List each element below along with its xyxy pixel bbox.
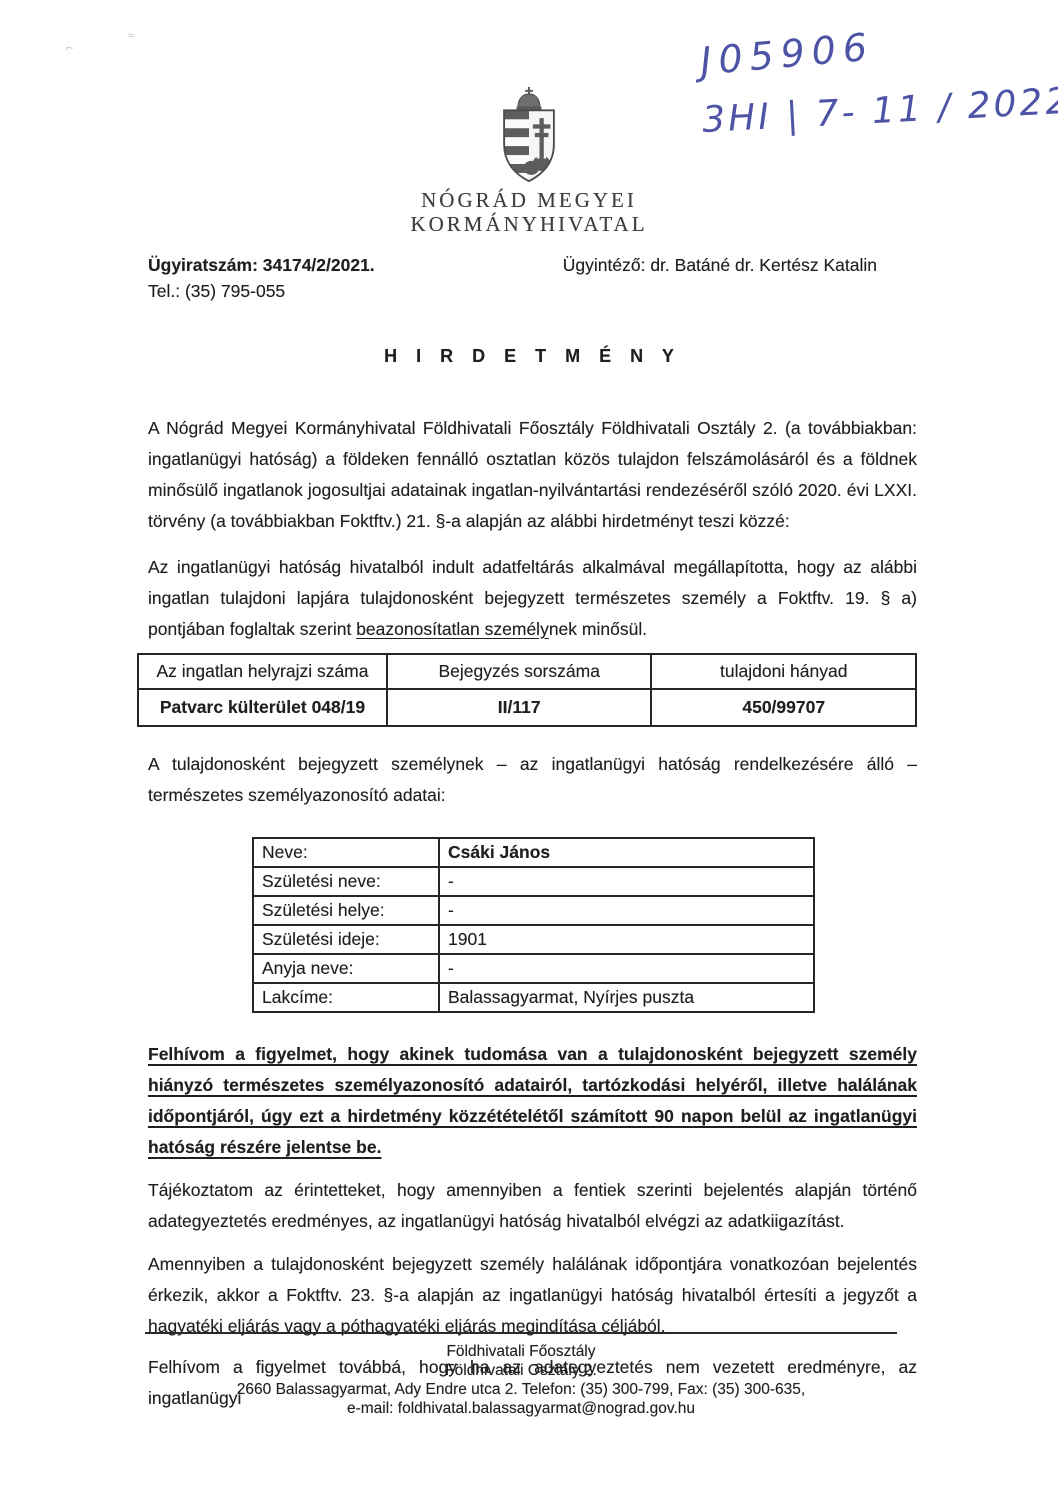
case-number: Ügyiratszám: 34174/2/2021. [148,252,375,278]
finding-text-underlined: beazonosítatlan személy [356,619,549,639]
case-officer: Ügyintéző: dr. Batáné dr. Kertész Katali… [563,252,877,278]
person-address-value: Balassagyarmat, Nyírjes puszta [439,983,814,1012]
case-meta-left: Ügyiratszám: 34174/2/2021. Tel.: (35) 79… [148,252,375,304]
property-table-header-row: Az ingatlan helyrajzi száma Bejegyzés so… [138,654,916,689]
property-parcel-value: Patvarc külterület 048/19 [138,689,387,726]
table-row: Neve: Csáki János [253,838,814,867]
property-share-value: 450/99707 [651,689,916,726]
document-body: Ügyiratszám: 34174/2/2021. Tel.: (35) 79… [148,252,917,1414]
paragraph-finding: Az ingatlanügyi hatóság hivatalból indul… [148,552,917,645]
property-table: Az ingatlan helyrajzi száma Bejegyzés so… [137,653,917,727]
person-birthname-value: - [439,867,814,896]
person-birthplace-label: Születési helye: [253,896,439,925]
property-table-header-parcel: Az ingatlan helyrajzi száma [138,654,387,689]
paragraph-info-result: Tájékoztatom az érintetteket, hogy amenn… [148,1175,917,1237]
finding-text-post: nek minősül. [549,619,647,639]
table-row: Születési helye: - [253,896,814,925]
table-row: Lakcíme: Balassagyarmat, Nyírjes puszta [253,983,814,1012]
page-footer: Földhivatali Főosztály Földhivatali Oszt… [145,1332,897,1418]
person-mothername-label: Anyja neve: [253,954,439,983]
person-data-table: Neve: Csáki János Születési neve: - Szül… [252,837,815,1013]
scanned-document-page: ⌐ ≈ J05906 3HI | 7- 11 / 2022. [0,0,1058,1497]
hungarian-coat-of-arms-icon [494,84,564,188]
person-birthdate-value: 1901 [439,925,814,954]
document-title: H I R D E T M É N Y [148,346,917,367]
paragraph-intro: A Nógrád Megyei Kormányhivatal Földhivat… [148,413,917,537]
person-name-label: Neve: [253,838,439,867]
org-name-line1: NÓGRÁD MEGYEI [0,188,1058,212]
property-table-row: Patvarc külterület 048/19 II/117 450/997… [138,689,916,726]
table-row: Születési neve: - [253,867,814,896]
case-meta-row: Ügyiratszám: 34174/2/2021. Tel.: (35) 79… [148,252,917,304]
footer-divider [145,1332,897,1334]
table-row: Születési ideje: 1901 [253,925,814,954]
person-birthname-label: Születési neve: [253,867,439,896]
table-row: Anyja neve: - [253,954,814,983]
person-address-label: Lakcíme: [253,983,439,1012]
paragraph-info-death: Amennyiben a tulajdonosként bejegyzett s… [148,1249,917,1342]
org-name-line2: KORMÁNYHIVATAL [0,212,1058,236]
person-mothername-value: - [439,954,814,983]
footer-email: e-mail: foldhivatal.balassagyarmat@nogra… [145,1399,897,1418]
person-birthplace-value: - [439,896,814,925]
person-name-value: Csáki János [439,838,814,867]
property-table-header-share: tulajdoni hányad [651,654,916,689]
property-entry-value: II/117 [387,689,652,726]
footer-office: Földhivatali Osztály 2. [145,1361,897,1380]
paragraph-notice-bold-underlined: Felhívom a figyelmet, hogy akinek tudomá… [148,1039,917,1163]
person-birthdate-label: Születési ideje: [253,925,439,954]
property-table-header-entry: Bejegyzés sorszáma [387,654,652,689]
footer-address-phone: 2660 Balassagyarmat, Ady Endre utca 2. T… [145,1380,897,1399]
phone-number: Tel.: (35) 795-055 [148,278,375,304]
footer-department: Földhivatali Főosztály [145,1342,897,1361]
paragraph-owner-data-intro: A tulajdonosként bejegyzett személynek –… [148,749,917,811]
